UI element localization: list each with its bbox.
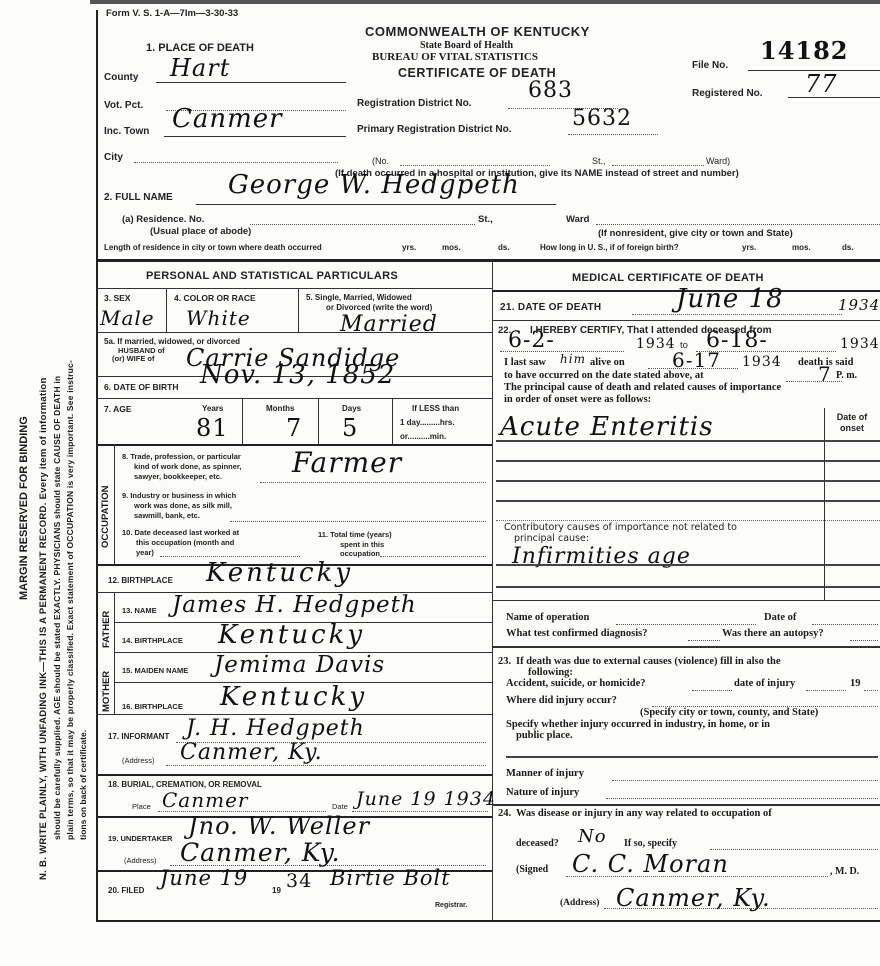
test-line [688,640,720,641]
age-days-divider [392,398,393,444]
burial-place-label: Place [132,802,151,811]
full-name-label: 2. FULL NAME [104,192,173,203]
father-birthplace-value[interactable]: Kentucky [218,620,365,650]
specify-line [506,756,878,758]
age-hrs-label: 1 day.........hrs. [400,418,455,427]
registered-no-label: Registered No. [692,88,763,99]
foreign-mos: mos. [792,243,811,252]
registrar-label: Registrar. [435,902,467,909]
mother-birthplace-rule [96,714,492,715]
length-yrs: yrs. [402,243,416,252]
dob-rule [96,398,492,399]
time-value[interactable]: 7 [818,362,832,386]
burial-date-value[interactable]: June 19 1934 [356,788,496,810]
mother-name-label: 15. MAIDEN NAME [122,666,188,675]
cause-line-3 [496,480,880,482]
cause-line-5 [496,520,880,521]
dod-rule [492,320,880,321]
race-label: 4. COLOR OR RACE [174,293,256,303]
date-of-death-line [632,314,842,315]
spouse-label-3: (or) WIFE of [112,354,155,363]
date-of-death-value[interactable]: June 18 [676,284,784,314]
place-of-death-heading: 1. PLACE OF DEATH [146,42,254,54]
industry-label-2: work was done, as silk mill, [134,501,232,510]
alive-on-year[interactable]: 1934 [742,354,782,370]
manner-label: Manner of injury [506,768,584,779]
birthplace-value[interactable]: Kentucky [206,558,353,588]
injury-date-line [806,690,846,691]
father-birthplace-label: 14. BIRTHPLACE [122,636,183,645]
primary-reg-label: Primary Registration District No. [357,124,511,135]
occupation-side-label: OCCUPATION [100,486,111,548]
total-time-label-2: spent in this [340,540,384,549]
manner-line [612,780,878,781]
sex-row-rule [96,332,492,333]
external-text-1: If death was due to external causes (vio… [516,656,781,667]
total-time-label: 11. Total time (years) [318,530,392,539]
margin-instruction-1: N. B. WRITE PLAINLY, WITH UNFADING INK—T… [38,377,49,880]
race-marital-divider [298,288,299,332]
informant-address-label: (Address) [122,756,155,765]
date-onset-label: Date of onset [828,412,876,434]
cause-line-1 [496,440,880,442]
bureau-title: BUREAU OF VITAL STATISTICS [372,51,538,63]
accident-line [692,690,732,691]
if-so-label: If so, specify [624,838,677,849]
form-bottom-border [96,920,880,922]
occupation-side-divider [114,444,115,564]
file-no-label: File No. [692,60,728,71]
filed-year-prefix: 19 [272,886,281,895]
father-side-label: FATHER [101,611,112,648]
signed-label: (Signed [516,864,548,875]
if-so-line [710,849,878,850]
full-name-line [196,204,556,205]
cause-text-2: in order of onset were as follows: [504,394,651,405]
attended-to-year[interactable]: 1934 [840,336,880,352]
occurred-text: to have occurred on the date stated abov… [504,370,704,381]
race-value[interactable]: White [186,306,251,330]
marital-label-2: or Divorced (write the word) [326,303,432,312]
age-years-value[interactable]: 81 [196,414,229,442]
mother-birthplace-value[interactable]: Kentucky [220,682,367,712]
injury-year-line [864,690,878,691]
undertaker-address-value[interactable]: Canmer, Ky. [180,838,341,867]
age-label: 7. AGE [104,404,132,414]
physician-address-value[interactable]: Canmer, Ky. [616,884,771,912]
residence-ward-label: Ward [566,214,589,225]
age-months-label: Months [266,404,294,413]
personal-section-title: PERSONAL AND STATISTICAL PARTICULARS [146,270,398,282]
city-no-label: (No. [372,156,389,166]
external-number: 23. [498,656,511,667]
industry-line [230,521,486,522]
reg-district-value[interactable]: 683 [528,78,573,103]
sex-label: 3. SEX [104,293,130,303]
burial-date-label: Date [332,802,348,811]
primary-reg-line [568,134,658,135]
operation-label: Name of operation [506,612,589,623]
foreign-ds: ds. [842,243,854,252]
md-label: , M. D. [830,866,859,877]
city-st-label: St., [592,156,606,166]
undertaker-label: 19. UNDERTAKER [108,834,172,843]
accident-label: Accident, suicide, or homicide? [506,678,646,689]
top-edge [90,0,880,4]
contributory-line-2 [496,586,880,588]
city-no-line [400,165,550,166]
last-worked-label: 10. Date deceased last worked at [122,528,239,537]
time-suffix: P. m. [836,370,857,381]
sex-race-divider [166,288,167,332]
registrar-signature[interactable]: Birtie Bolt [330,866,451,890]
file-no-value[interactable]: 14182 [760,36,849,65]
personal-title-rule [96,288,492,289]
board-of-health: State Board of Health [420,40,513,51]
industry-label: 9. Industry or business in which [122,491,236,500]
mother-side-label: MOTHER [101,671,112,712]
registered-no-value[interactable]: 77 [805,70,838,98]
primary-reg-value[interactable]: 5632 [572,106,632,131]
marital-value[interactable]: Married [340,312,438,337]
onset-column-divider [824,408,825,600]
industry-label-3: sawmill, bank, etc. [134,511,200,520]
physician-address-label: (Address) [560,898,599,908]
trade-label-2: kind of work done, as spinner, [134,462,242,471]
undertaker-address-label: (Address) [124,856,157,865]
city-ward-label: Ward) [706,156,730,166]
nature-line [606,798,878,799]
header-divider [96,259,880,262]
reg-district-label: Registration District No. [357,98,471,109]
physician-signature[interactable]: C. C. Moran [572,850,729,878]
deceased-value[interactable]: No [578,826,607,847]
alive-on-value[interactable]: 6-17 [672,348,721,372]
deceased-label: deceased? [516,838,559,849]
informant-label: 17. INFORMANT [108,732,169,741]
age-months-value[interactable]: 7 [286,414,302,442]
county-value[interactable]: Hart [170,54,230,82]
informant-value[interactable]: J. H. Hedgpeth [186,716,365,741]
margin-instruction-3: plain terms, so that it may be properly … [65,360,75,840]
total-time-line [380,556,486,557]
medical-section-title: MEDICAL CERTIFICATE OF DEATH [572,272,764,284]
length-mos: mos. [442,243,461,252]
specify-text-1: Specify whether injury occurred in indus… [506,719,770,730]
attended-from-value[interactable]: 6-2- [508,328,555,353]
form-left-border [96,10,98,920]
center-divider [492,262,493,922]
residence-label: (a) Residence. No. [122,214,204,225]
trade-label-3: sawyer, bookkeeper, etc. [134,472,222,481]
injury-year-label: 19 [850,678,861,689]
informant-address-line [166,765,486,766]
date-of-death-year[interactable]: 1934 [838,296,880,314]
length-ds: ds. [498,243,510,252]
occupation-q-number: 24. [498,808,511,819]
where-note: (Specify city or town, county, and State… [640,707,818,718]
county-label: County [104,72,138,83]
filed-year-value[interactable]: 34 [286,870,312,892]
foreign-yrs: yrs. [742,243,756,252]
filed-date-value[interactable]: June 19 [160,866,248,890]
last-worked-line [160,556,300,557]
margin-instruction-4: tions on back of certificate. [78,730,88,840]
father-name-label: 13. NAME [122,606,157,615]
trade-label: 8. Trade, profession, or particular [122,452,241,461]
city-ward-line [612,165,704,166]
last-saw-label: I last saw [504,357,546,368]
marital-label: 5. Single, Married, Widowed [306,293,412,302]
nature-rule [492,804,880,806]
alive-on-label: alive on [590,357,625,368]
burial-place-value[interactable]: Canmer [162,788,248,812]
city-label: City [104,152,123,163]
operation-rule [492,646,880,648]
age-months-divider [318,398,319,444]
trade-line [260,482,486,483]
inc-town-label: Inc. Town [104,126,149,137]
undertaker-value[interactable]: Jno. W. Weller [188,812,370,840]
nonresident-note: (If nonresident, give city or town and S… [598,228,793,239]
last-worked-label-3: year) [136,548,154,557]
form-number: Form V. S. 1-A—7Im—3-30-33 [106,8,238,19]
date-of-death-label: 21. DATE OF DEATH [500,302,601,313]
cause-text-1: The principal cause of death and related… [504,382,781,393]
length-residence-label: Length of residence in city or town wher… [104,243,322,252]
contributory-label: Contributory causes of importance not re… [504,522,737,533]
time-line [786,381,842,382]
age-days-value[interactable]: 5 [342,414,358,442]
city-line [134,162,338,163]
residence-st-label: St., [478,214,493,225]
inc-town-value[interactable]: Canmer [172,104,283,134]
age-years-divider [242,398,243,444]
cause-primary-value[interactable]: Acute Enteritis [500,412,714,442]
autopsy-label: Was there an autopsy? [722,628,824,639]
last-worked-label-2: this occupation (month and [136,538,234,547]
informant-rule [96,774,492,776]
age-years-label: Years [202,404,223,413]
specify-text-2: public place. [516,730,573,741]
margin-reserved-text: MARGIN RESERVED FOR BINDING [18,416,30,600]
full-name-value[interactable]: George W. Hedgpeth [228,170,520,200]
contributory-line-1 [496,564,880,566]
age-min-label: or..........min. [400,432,446,441]
cause-line-4 [496,500,880,502]
trade-value[interactable]: Farmer [292,446,402,479]
external-text-2: following: [528,667,573,678]
commonwealth-title: COMMONWEALTH OF KENTUCKY [365,24,590,39]
injury-date-label: date of injury [734,678,795,689]
operation-date-label: Date of [764,612,796,623]
occupation-q-text: Was disease or injury in any way related… [516,808,772,819]
dob-label: 6. DATE OF BIRTH [104,382,178,392]
mother-name-value[interactable]: Jemima Davis [214,652,385,678]
father-name-value[interactable]: James H. Hedgpeth [172,592,417,618]
nature-label: Nature of injury [506,787,579,798]
operation-line [616,624,756,625]
vot-pct-label: Vot. Pct. [104,100,143,111]
foreign-birth-label: How long in U. S., if of foreign birth? [540,243,679,252]
dob-value[interactable]: Nov. 13, 1852 [200,360,395,390]
contributory-label-2: principal cause: [514,533,589,544]
cause-line-2 [496,460,880,462]
birthplace-label: 12. BIRTHPLACE [108,576,173,585]
operation-date-line [812,624,878,625]
county-line [156,82,346,83]
attended-from-year[interactable]: 1934 [636,336,676,352]
usual-abode-note: (Usual place of abode) [150,226,251,237]
informant-address-value[interactable]: Canmer, Ky. [180,740,323,765]
last-saw-value[interactable]: him [560,352,586,366]
margin-instruction-2: should be carefully supplied. AGE should… [52,376,62,840]
burial-date-line [352,811,488,812]
residence-ward-line [596,224,880,225]
inc-town-line [164,136,346,137]
total-time-label-3: occupation [340,549,380,558]
cause-table-bottom [492,600,880,601]
parents-side-divider [114,592,115,714]
age-less-label: If LESS than [412,404,459,413]
residence-line [250,224,475,225]
where-label: Where did injury occur? [506,695,617,706]
autopsy-line [850,640,878,641]
mother-birthplace-label: 16. BIRTHPLACE [122,702,183,711]
test-label: What test confirmed diagnosis? [506,628,647,639]
age-days-label: Days [342,404,361,413]
filed-label: 20. FILED [108,886,144,895]
sex-value[interactable]: Male [100,306,155,330]
